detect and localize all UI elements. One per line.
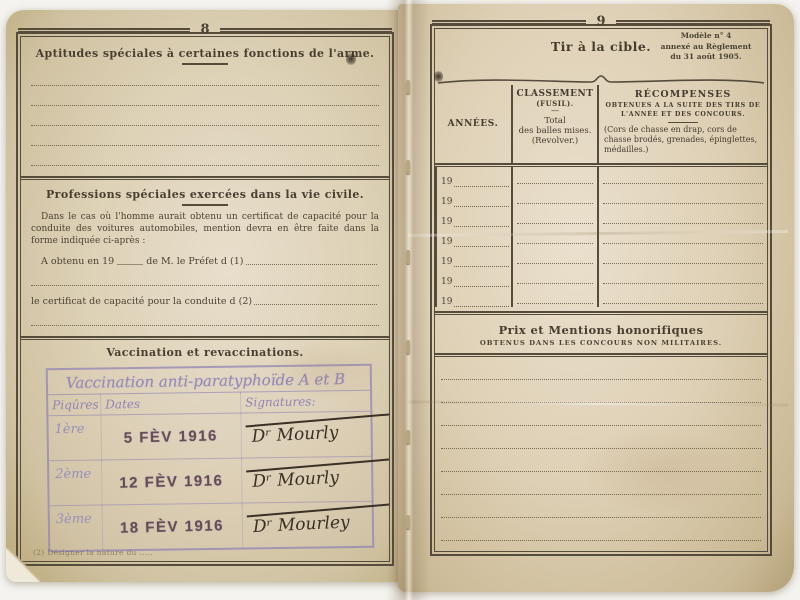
year-cell: 19 <box>435 227 511 247</box>
stamp-col-piqures: Piqûres <box>48 394 100 415</box>
certificate-line: le certificat de capacité pour la condui… <box>31 296 252 307</box>
prix-subtitle: OBTENUS DANS LES CONCOURS NON MILITAIRES… <box>435 339 767 347</box>
classement-cell <box>511 267 597 287</box>
blank-line <box>31 86 379 106</box>
blank-line <box>441 495 761 518</box>
blank-line <box>441 403 761 426</box>
page-9-frame: Tir à la cible. Modèle n° 4 annexé au Rè… <box>430 24 772 556</box>
blank-line <box>441 357 761 380</box>
recompenses-cell <box>597 207 767 227</box>
footnote: (2) Désigner la nature du ..... <box>33 548 153 557</box>
signature: Dʳ Mourley <box>253 512 351 537</box>
aptitudes-section: Aptitudes spéciales à certaines fonction… <box>21 37 389 166</box>
booklet-page-8: 8 Aptitudes spéciales à certaines foncti… <box>6 10 410 582</box>
small-rule <box>668 122 698 123</box>
fill-dots <box>254 294 377 305</box>
blank-line <box>31 126 379 146</box>
header-rule-right <box>616 20 770 24</box>
aptitudes-title: Aptitudes spéciales à certaines fonction… <box>31 47 379 60</box>
vaccination-row-1: 1ère 5 FÈV 1916 Dʳ Mourly <box>48 411 371 460</box>
model-note-line1: Modèle n° 4 <box>647 31 765 42</box>
classement-cell <box>511 207 597 227</box>
col-header-classement: CLASSEMENT (FUSIL). — Total des balles m… <box>511 85 597 163</box>
obtained-prefix: A obtenu en 19 <box>31 256 114 267</box>
recompenses-cell <box>597 187 767 207</box>
stamp-col-signatures: Signatures: <box>240 390 370 412</box>
page-8-header: 8 <box>18 22 392 37</box>
vaccination-row-3: 3ème 18 FÈV 1916 Dʳ Mourley <box>50 501 373 549</box>
date-stamp-text: 18 FÈV 1916 <box>120 516 224 536</box>
recompenses-cell <box>597 247 767 267</box>
year-cell: 19 <box>435 187 511 207</box>
table-bottom-divider <box>435 311 767 315</box>
classement-cell <box>511 227 597 247</box>
vaccination-stamp-box: Vaccination anti-paratyphoïde A et B Piq… <box>46 363 375 552</box>
date-stamp: 5 FÈV 1916 <box>100 413 241 459</box>
prix-section: Prix et Mentions honorifiques OBTENUS DA… <box>435 323 767 541</box>
blank-line <box>441 426 761 449</box>
fill-dots <box>246 254 378 265</box>
tir-header: Tir à la cible. Modèle n° 4 annexé au Rè… <box>435 29 767 73</box>
header-rule-left <box>432 20 586 24</box>
header-rule-left <box>18 28 190 32</box>
signature-cell: Dʳ Mourley <box>242 501 373 547</box>
vaccination-title: Vaccination et revaccinations. <box>31 346 379 359</box>
classement-cell <box>511 167 597 187</box>
stamp-col-dates: Dates <box>100 392 240 414</box>
blank-line <box>441 518 761 541</box>
header-rule-right <box>220 28 392 32</box>
tir-table: ANNÉES. CLASSEMENT (FUSIL). — Total des … <box>435 85 767 315</box>
model-note-line2: annexé au Règlement <box>647 42 765 53</box>
professions-title: Professions spéciales exercées dans la v… <box>31 188 379 201</box>
year-blank <box>117 254 143 265</box>
row-label: 3ème <box>50 505 103 550</box>
row-label: 1ère <box>48 415 101 460</box>
col-header-recompenses: RÉCOMPENSES OBTENUES A LA SUITE DES TIRS… <box>597 85 767 163</box>
prix-blank-lines <box>435 357 767 541</box>
model-note-line3: du 31 août 1905. <box>647 52 765 63</box>
blank-line <box>31 106 379 126</box>
signature: Dʳ Mourly <box>251 422 339 446</box>
col-header-annees: ANNÉES. <box>435 85 511 163</box>
blank-line <box>441 472 761 495</box>
year-cell: 19 <box>435 287 511 307</box>
page-9-frame-inner: Tir à la cible. Modèle n° 4 annexé au Rè… <box>434 28 768 552</box>
classement-cell <box>511 287 597 307</box>
date-stamp: 12 FÈV 1916 <box>101 458 242 504</box>
decorative-brace <box>435 73 767 85</box>
signature-cell: Dʳ Mourly <box>240 411 371 457</box>
date-stamp-text: 12 FÈV 1916 <box>120 471 224 491</box>
year-cell: 19 <box>435 247 511 267</box>
blank-line <box>31 267 379 286</box>
vaccination-row-2: 2ème 12 FÈV 1916 Dʳ Mourly <box>49 456 372 505</box>
classement-cell <box>511 187 597 207</box>
vaccination-section: Vaccination et revaccinations. Vaccinati… <box>21 340 389 562</box>
date-stamp: 18 FÈV 1916 <box>102 503 243 549</box>
blank-line <box>31 65 379 86</box>
blank-line <box>31 146 379 166</box>
page-number: 9 <box>596 14 605 29</box>
blank-line <box>441 380 761 403</box>
professions-paragraph: Dans le cas où l'homme aurait obtenu un … <box>31 212 379 248</box>
ink-blot <box>434 70 443 83</box>
page-8-frame-inner: Aptitudes spéciales à certaines fonction… <box>20 36 390 562</box>
professions-section: Professions spéciales exercées dans la v… <box>21 180 389 326</box>
year-cell: 19 <box>435 267 511 287</box>
obtained-suffix: de M. le Préfet d (1) <box>146 256 243 267</box>
blank-line <box>441 449 761 472</box>
row-label: 2ème <box>49 460 102 505</box>
recompenses-cell <box>597 267 767 287</box>
blank-line <box>31 307 379 326</box>
dog-eared-corner <box>6 548 40 582</box>
page-8-frame: Aptitudes spéciales à certaines fonction… <box>16 32 394 566</box>
signature: Dʳ Mourly <box>252 467 340 491</box>
page-9-header: 9 <box>432 14 770 29</box>
year-cell: 19 <box>435 167 511 187</box>
prix-title: Prix et Mentions honorifiques <box>435 323 767 337</box>
year-cell: 19 <box>435 207 511 227</box>
page-number: 8 <box>200 22 209 37</box>
date-stamp-text: 5 FÈV 1916 <box>124 427 219 446</box>
signature-cell: Dʳ Mourly <box>241 456 372 502</box>
professions-underline <box>182 204 228 206</box>
model-note: Modèle n° 4 annexé au Règlement du 31 ao… <box>647 31 765 63</box>
recompenses-cell <box>597 287 767 307</box>
recompenses-cell <box>597 167 767 187</box>
ink-blot <box>346 52 356 66</box>
recompenses-cell <box>597 227 767 247</box>
booklet-page-9: 9 Tir à la cible. Modèle n° 4 annexé au … <box>398 4 794 592</box>
classement-cell <box>511 247 597 267</box>
